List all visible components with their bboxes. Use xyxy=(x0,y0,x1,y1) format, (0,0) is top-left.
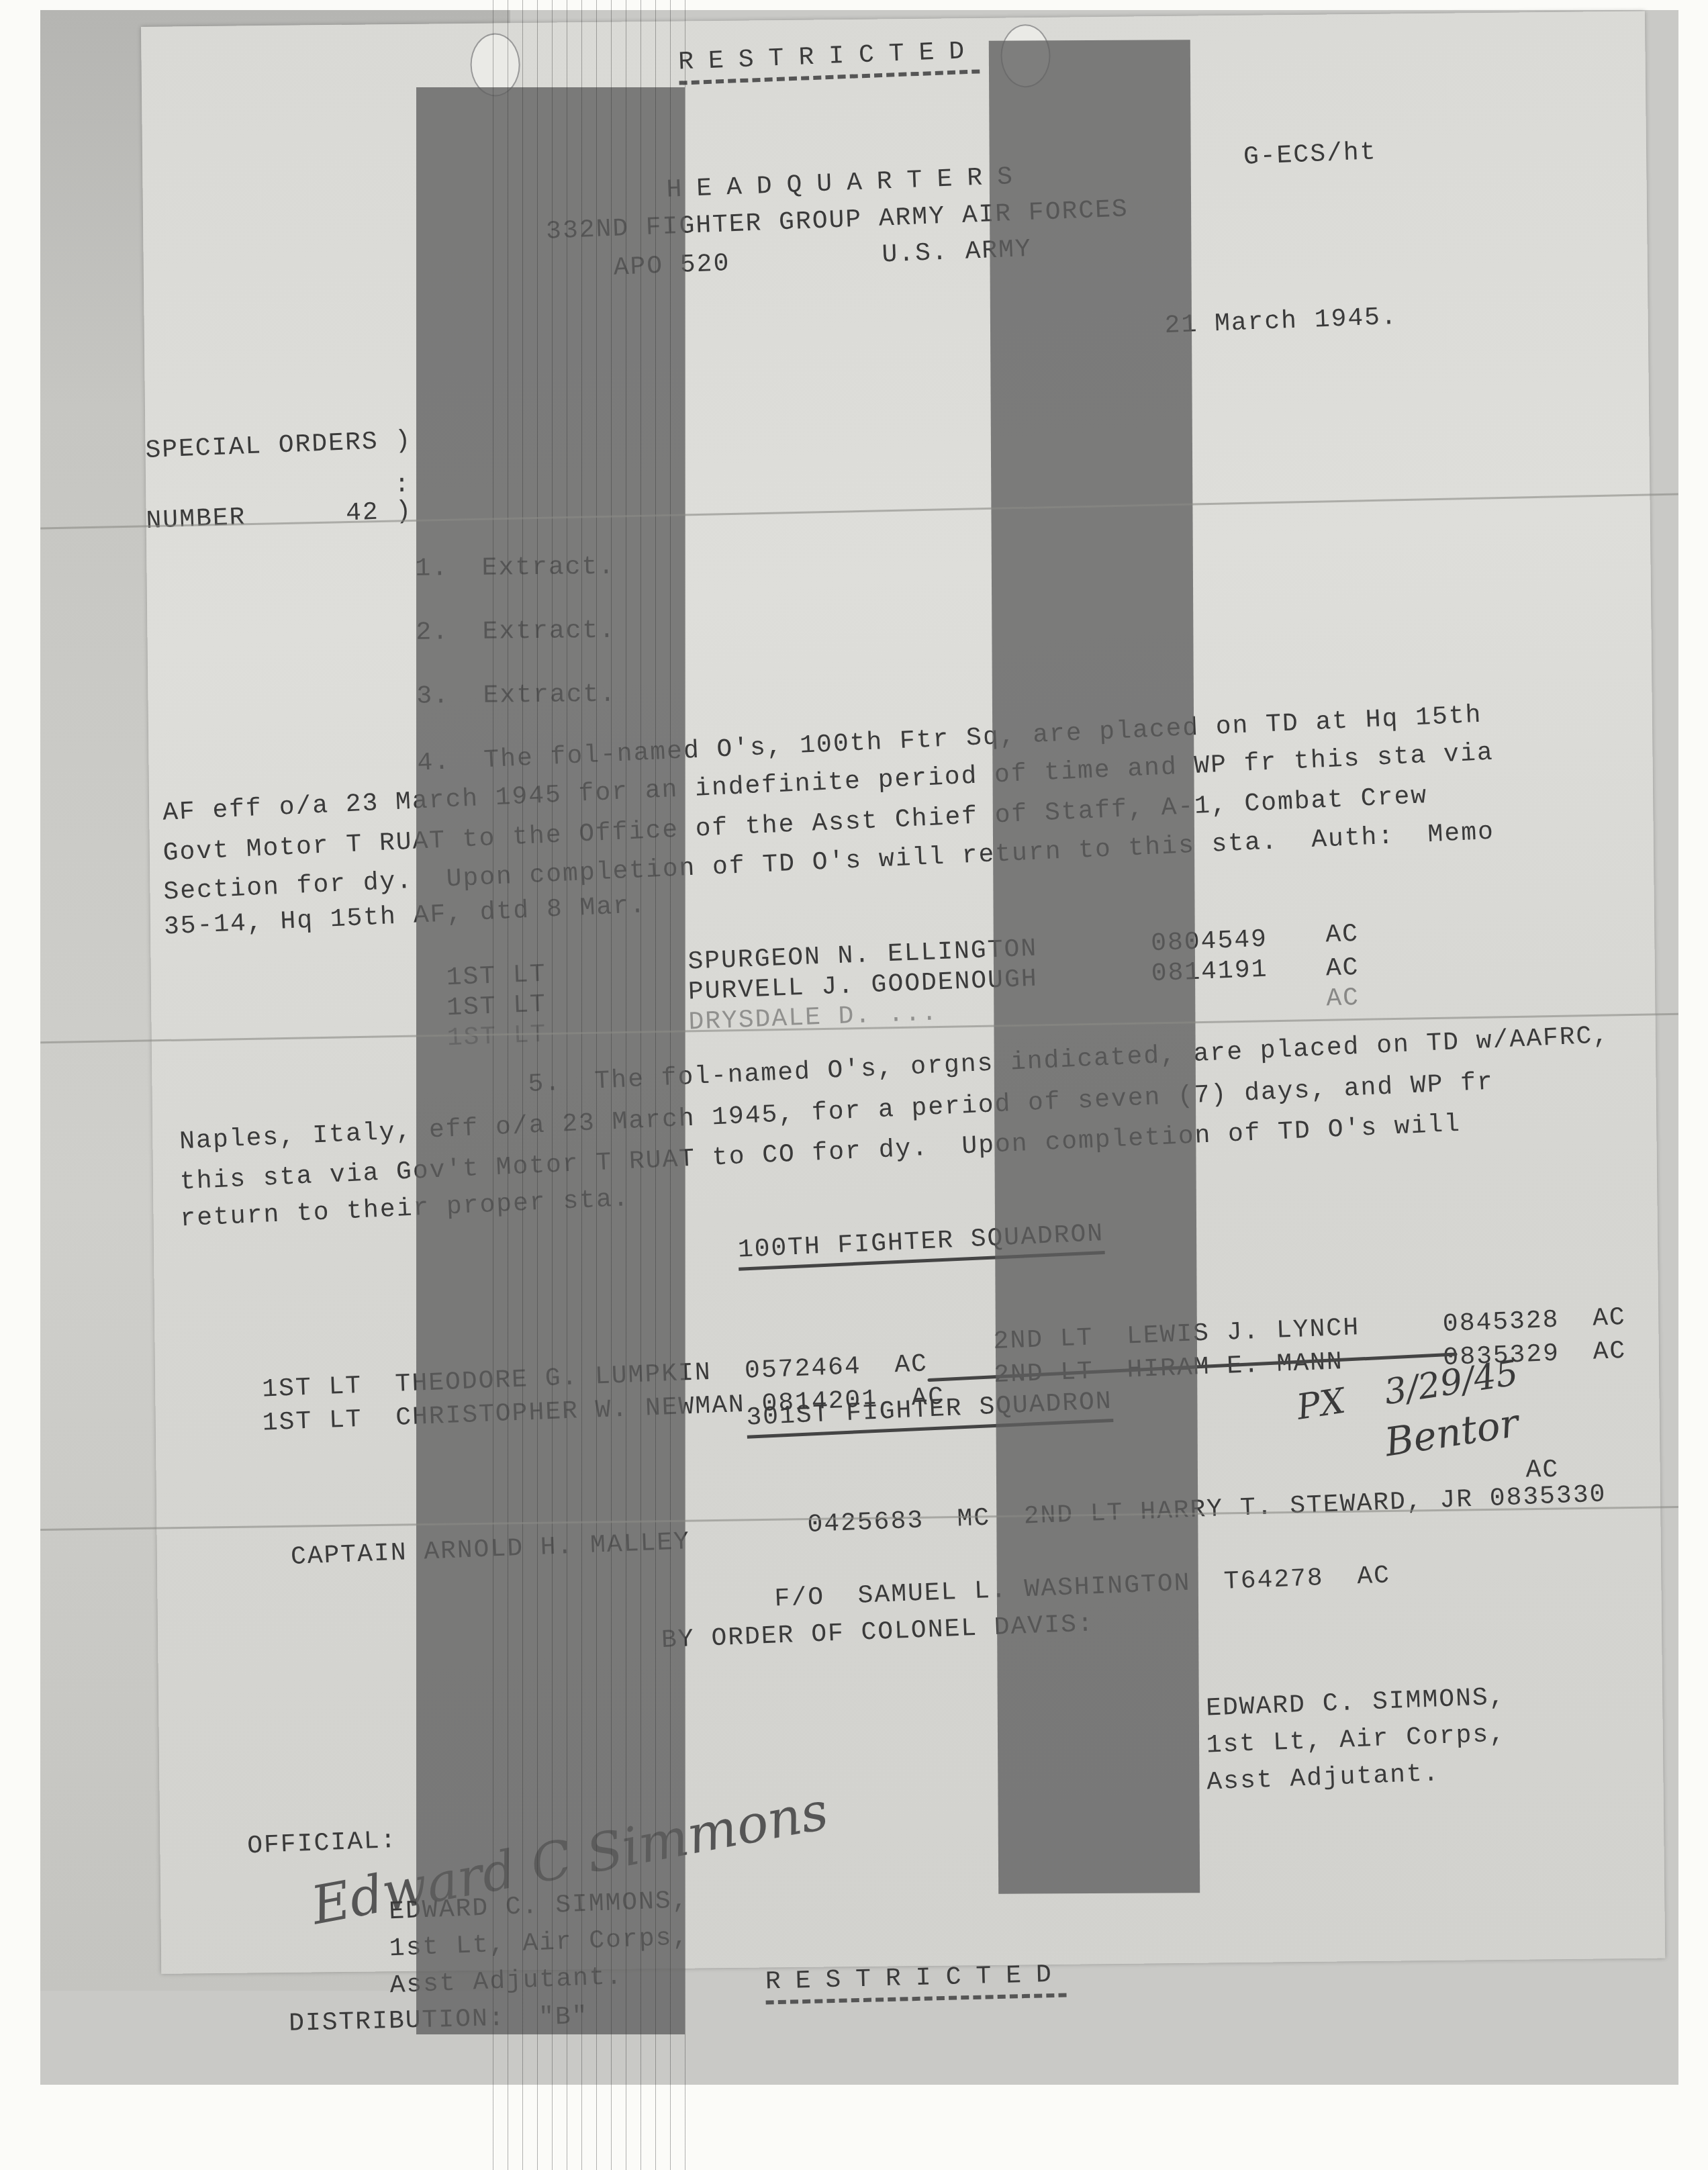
signer-rank: 1st Lt, Air Corps, xyxy=(1206,1719,1507,1760)
signer-name: EDWARD C. SIMMONS, xyxy=(1205,1683,1506,1723)
classification-top: RESTRICTED xyxy=(678,36,980,85)
roster-branch: AC xyxy=(1325,984,1360,1014)
officer-branch: AC xyxy=(1525,1456,1559,1485)
classification-bottom: RESTRICTED xyxy=(765,1961,1066,2005)
file-reference: G-ECS/ht xyxy=(1243,138,1377,172)
tape-strip xyxy=(416,87,685,2034)
order-number: NUMBER 42 ) xyxy=(146,497,413,536)
roster-branch: AC xyxy=(1325,920,1359,950)
signer-title: Asst Adjutant. xyxy=(1206,1759,1441,1797)
document-date: 21 March 1945. xyxy=(1164,303,1398,340)
special-orders-colon: : xyxy=(394,471,411,500)
roster-branch: AC xyxy=(1325,953,1360,984)
special-orders-label: SPECIAL ORDERS ) xyxy=(145,426,412,465)
official-label: OFFICIAL: xyxy=(247,1826,398,1861)
document-page: RESTRICTED G-ECS/ht HEADQUARTERS 332ND F… xyxy=(141,11,1665,1974)
hq-title: HEADQUARTERS xyxy=(666,162,1028,205)
tape-strip xyxy=(989,40,1200,1894)
handwritten-initials: PX xyxy=(1294,1381,1348,1428)
